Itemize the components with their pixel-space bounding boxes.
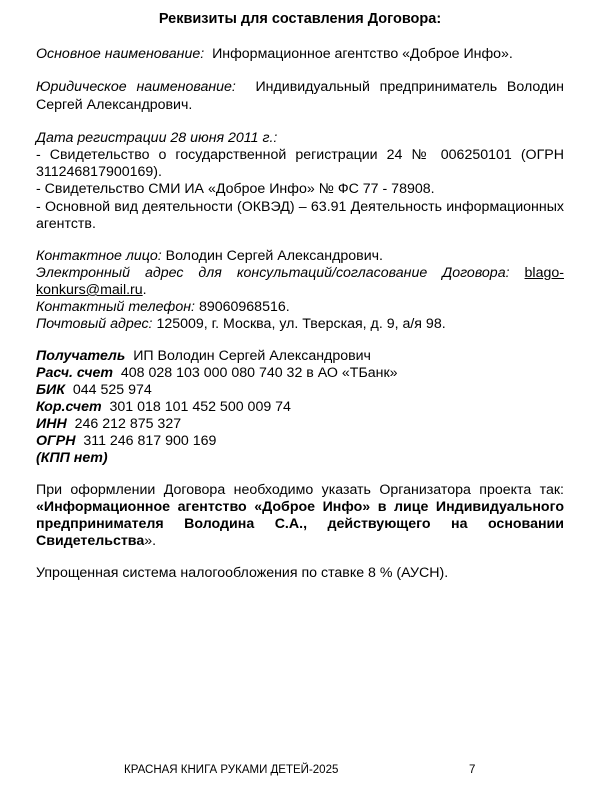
postal-row: Почтовый адрес: 125009, г. Москва, ул. Т… [36,315,564,333]
legal-name-value: Индивидуальный предприниматель Володин [255,79,564,95]
main-name-label: Основное наименование: [36,46,204,62]
phone-row: Контактный телефон: 89060968516. [36,298,564,316]
inn-label: ИНН [36,416,67,432]
contract-note-intro: При оформлении Договора необходимо указа… [36,481,564,499]
bik-label: БИК [36,382,65,398]
legal-name-cont: Сергей Александрович. [36,96,564,114]
contract-note-bold-3-row: Свидетельства». [36,532,564,550]
tax-note: Упрощенная система налогообложения по ст… [36,564,564,582]
recipient-label: Получатель [36,348,125,364]
corr-account-value: 301 018 101 452 500 009 74 [109,399,290,415]
account-label: Расч. счет [36,365,113,381]
recipient-row: Получатель ИП Володин Сергей Александров… [36,347,564,365]
page-number: 7 [469,764,475,776]
registration-item-1-cont: 311246817900169). [36,163,564,181]
page-title: Реквизиты для составления Договора: [36,11,564,27]
postal-label: Почтовый адрес: [36,316,153,332]
contact-person-value: Володин Сергей Александрович. [166,248,383,264]
email-suffix: . [143,282,147,298]
contact-person-row: Контактное лицо: Володин Сергей Александ… [36,247,564,265]
account-value: 408 028 103 000 080 740 32 в АО «ТБанк» [121,365,398,381]
registration-item-3-cont: агентств. [36,215,564,233]
legal-name-row: Юридическое наименование: Индивидуальный… [36,78,564,96]
ogrn-label: ОГРН [36,433,75,449]
account-row: Расч. счет 408 028 103 000 080 740 32 в … [36,364,564,382]
phone-value: 89060968516. [199,299,290,315]
corr-account-label: Кор.счет [36,399,102,415]
email-row-cont: konkurs@mail.ru. [36,281,564,299]
contract-note-bold-1: «Информационное агентство «Доброе Инфо» … [36,498,564,516]
main-name-value: Информационное агентство «Доброе Инфо». [212,46,513,62]
contract-note-bold-2: предпринимателя Володина С.А., действующ… [36,515,564,533]
email-label: Электронный адрес для консультаций/согла… [36,265,510,281]
email-link-part1[interactable]: blago- [525,265,564,281]
email-row: Электронный адрес для консультаций/согла… [36,264,564,282]
ogrn-row: ОГРН 311 246 817 900 169 [36,432,564,450]
recipient-value: ИП Володин Сергей Александрович [133,348,371,364]
contract-note-closing: ». [144,533,156,549]
registration-label: Дата регистрации 28 июня 2011 г.: [36,129,564,147]
registration-item-1: - Свидетельство о государственной регист… [36,146,564,164]
postal-value: 125009, г. Москва, ул. Тверская, д. 9, а… [156,316,445,332]
email-link-part2[interactable]: konkurs@mail.ru [36,282,143,298]
registration-item-3: - Основной вид деятельности (ОКВЭД) – 63… [36,198,564,216]
legal-name-label: Юридическое наименование: [36,79,236,95]
ogrn-value: 311 246 817 900 169 [83,433,216,449]
bik-value: 044 525 974 [73,382,152,398]
inn-value: 246 212 875 327 [75,416,182,432]
corr-account-row: Кор.счет 301 018 101 452 500 009 74 [36,398,564,416]
contract-note-bold-3: Свидетельства [36,533,144,549]
inn-row: ИНН 246 212 875 327 [36,415,564,433]
phone-label: Контактный телефон: [36,299,195,315]
footer-title: КРАСНАЯ КНИГА РУКАМИ ДЕТЕЙ-2025 [124,764,338,776]
bik-row: БИК 044 525 974 [36,381,564,399]
main-name-row: Основное наименование: Информационное аг… [36,45,564,63]
kpp-note: (КПП нет) [36,449,564,467]
contact-person-label: Контактное лицо: [36,248,162,264]
registration-item-2: - Свидетельство СМИ ИА «Доброе Инфо» № Ф… [36,180,564,198]
